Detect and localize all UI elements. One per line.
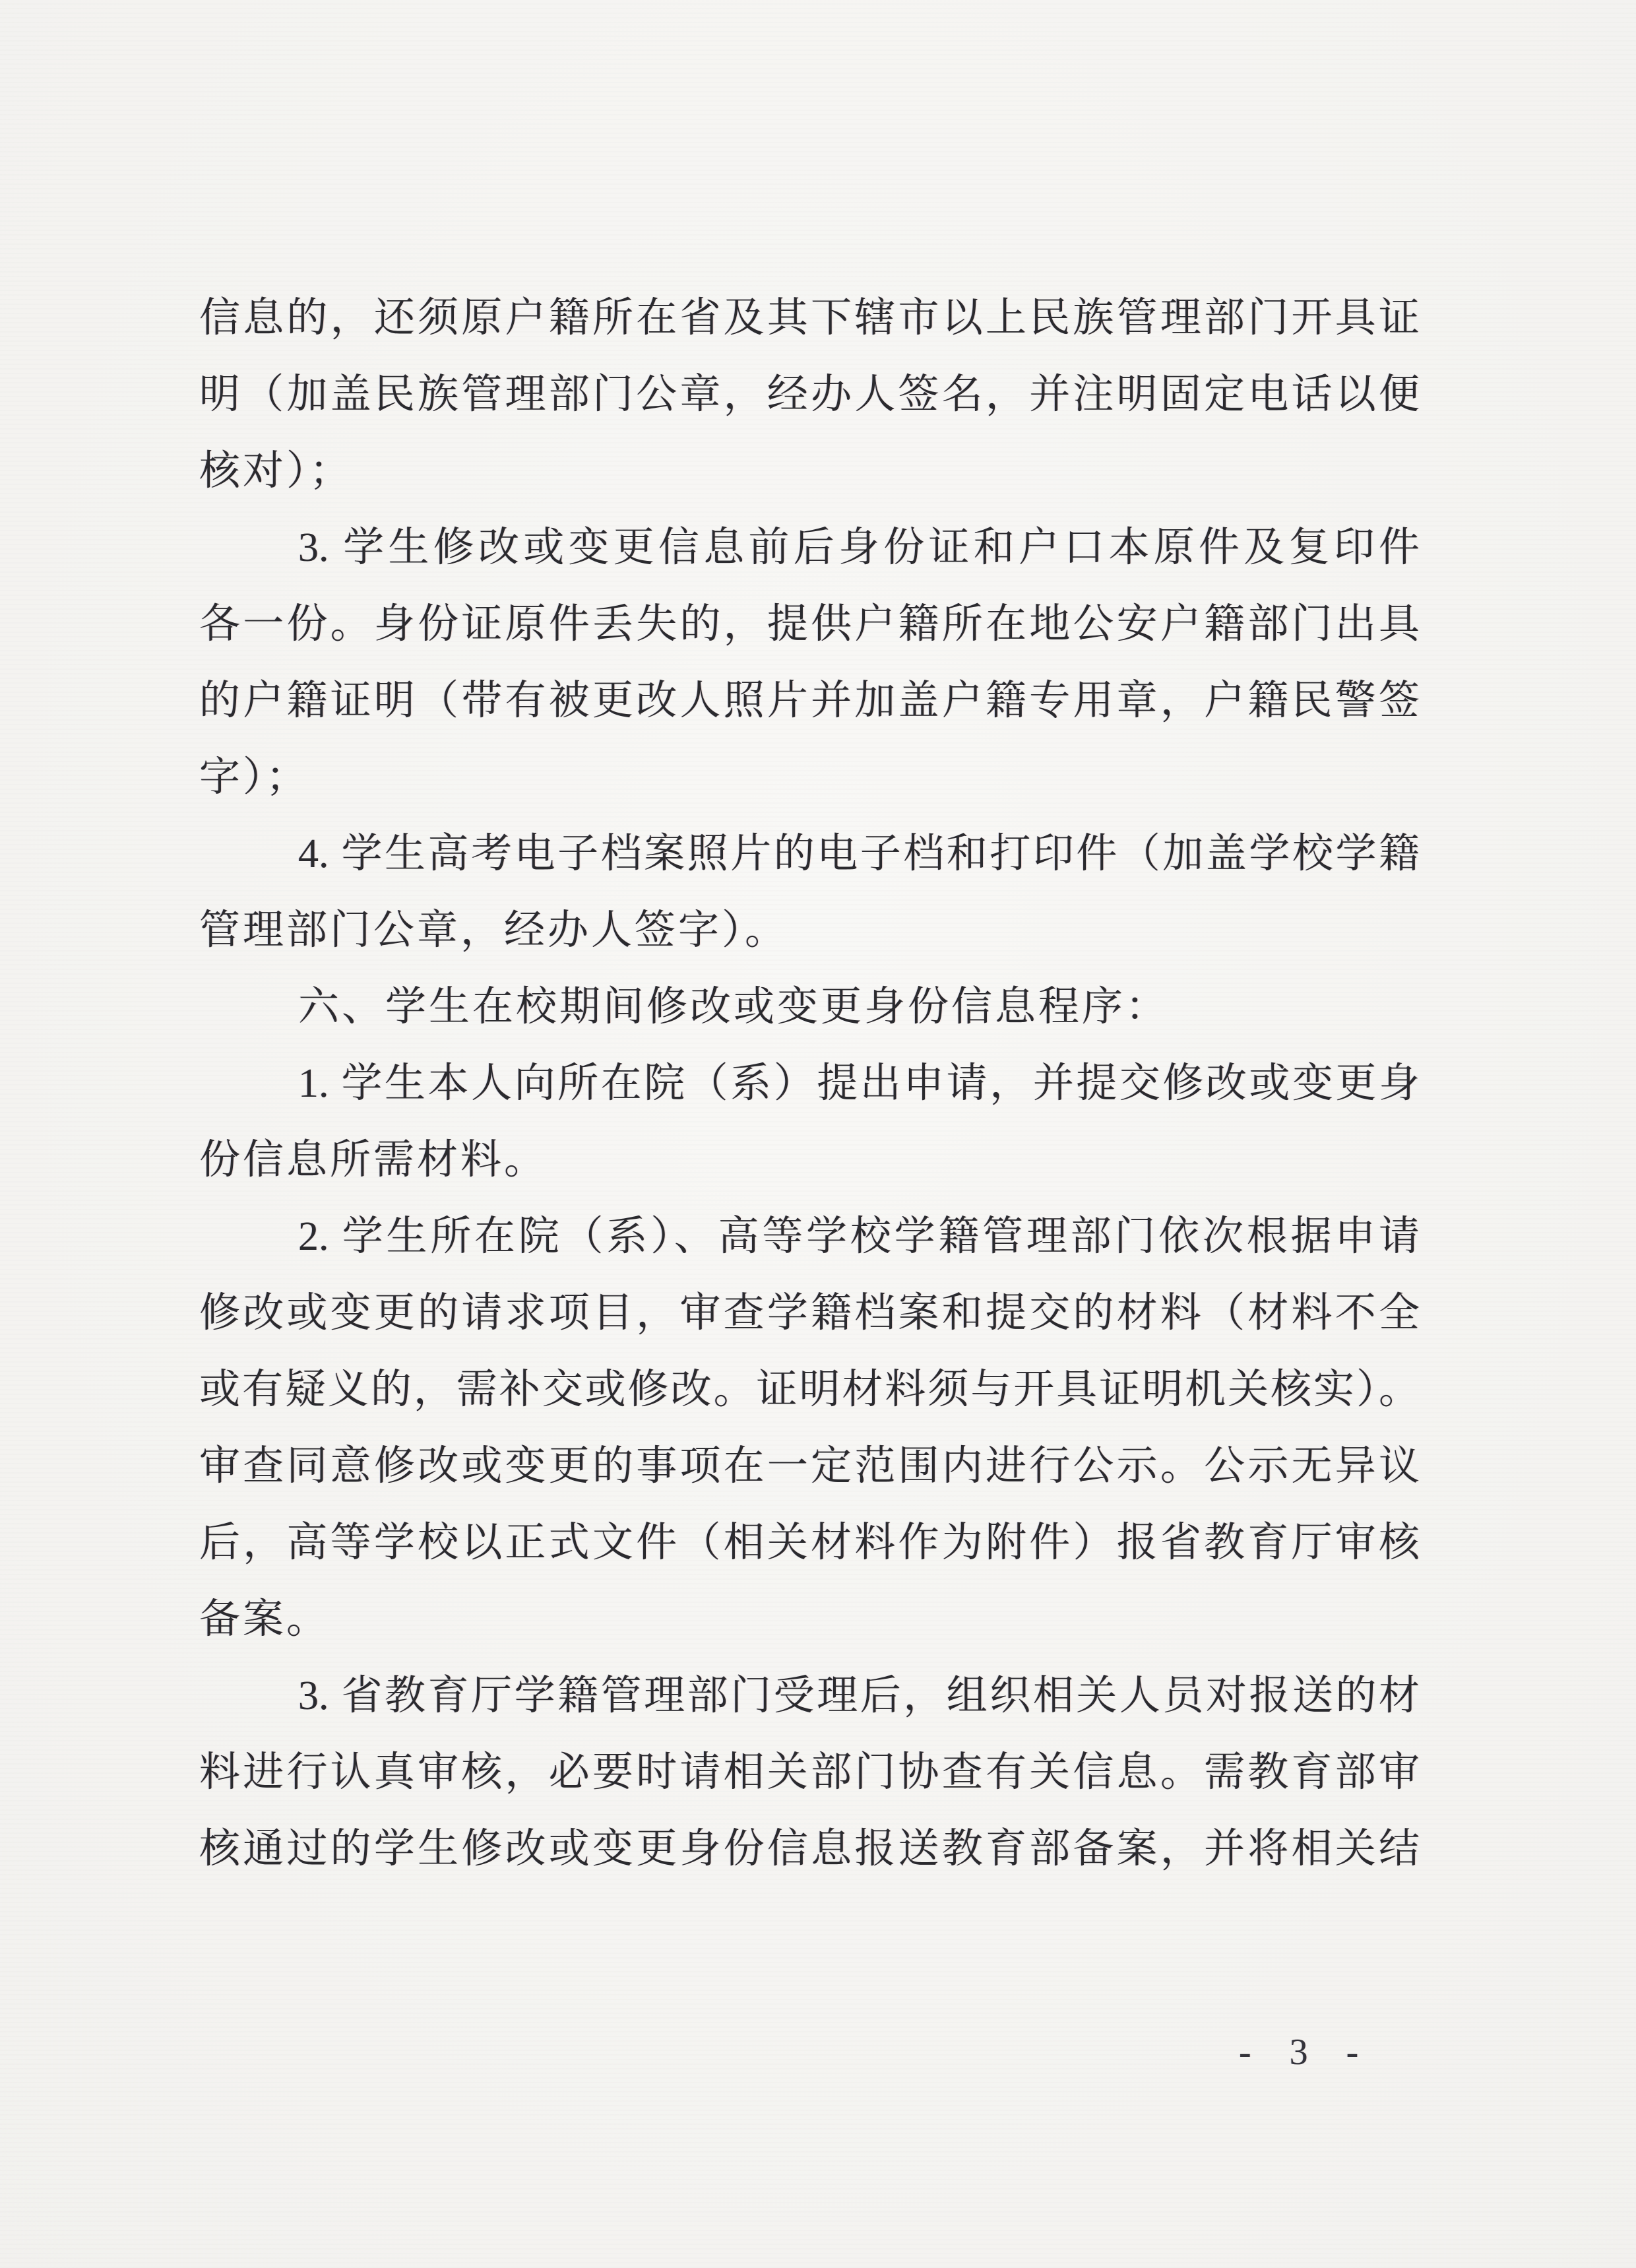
document-body: 信息的，还须原户籍所在省及其下辖市以上民族管理部门开具证明（加盖民族管理部门公章…: [199, 280, 1420, 1887]
text-line: 明（加盖民族管理部门公章，经办人签名，并注明固定电话以便: [199, 356, 1420, 433]
text-line: 字）；: [199, 739, 1420, 816]
text-line: 4. 学生高考电子档案照片的电子档和打印件（加盖学校学籍: [199, 816, 1420, 892]
text-line: 后，高等学校以正式文件（相关材料作为附件）报省教育厅审核: [199, 1505, 1420, 1581]
text-line: 2. 学生所在院（系）、高等学校学籍管理部门依次根据申请: [199, 1198, 1420, 1275]
text-line: 份信息所需材料。: [199, 1122, 1420, 1198]
text-line: 3. 学生修改或变更信息前后身份证和户口本原件及复印件: [199, 509, 1420, 586]
text-line: 审查同意修改或变更的事项在一定范围内进行公示。公示无异议: [199, 1428, 1420, 1505]
text-line: 信息的，还须原户籍所在省及其下辖市以上民族管理部门开具证: [199, 280, 1420, 356]
text-line: 1. 学生本人向所在院（系）提出申请，并提交修改或变更身: [199, 1045, 1420, 1122]
text-line: 管理部门公章，经办人签字）。: [199, 892, 1420, 969]
text-line: 备案。: [199, 1581, 1420, 1658]
scanned-document-page: 信息的，还须原户籍所在省及其下辖市以上民族管理部门开具证明（加盖民族管理部门公章…: [0, 0, 1636, 2268]
text-line: 核对）；: [199, 433, 1420, 509]
text-line: 料进行认真审核，必要时请相关部门协查有关信息。需教育部审: [199, 1734, 1420, 1811]
text-line: 各一份。身份证原件丢失的，提供户籍所在地公安户籍部门出具: [199, 586, 1420, 663]
text-line: 六、学生在校期间修改或变更身份信息程序：: [199, 969, 1420, 1045]
text-line: 或有疑义的，需补交或修改。证明材料须与开具证明机关核实）。: [199, 1351, 1420, 1428]
text-line: 的户籍证明（带有被更改人照片并加盖户籍专用章，户籍民警签: [199, 663, 1420, 739]
text-line: 核通过的学生修改或变更身份信息报送教育部备案，并将相关结: [199, 1811, 1420, 1887]
page-number: - 3 -: [1239, 2031, 1437, 2073]
text-line: 3. 省教育厅学籍管理部门受理后，组织相关人员对报送的材: [199, 1658, 1420, 1734]
text-line: 修改或变更的请求项目，审查学籍档案和提交的材料（材料不全: [199, 1275, 1420, 1351]
